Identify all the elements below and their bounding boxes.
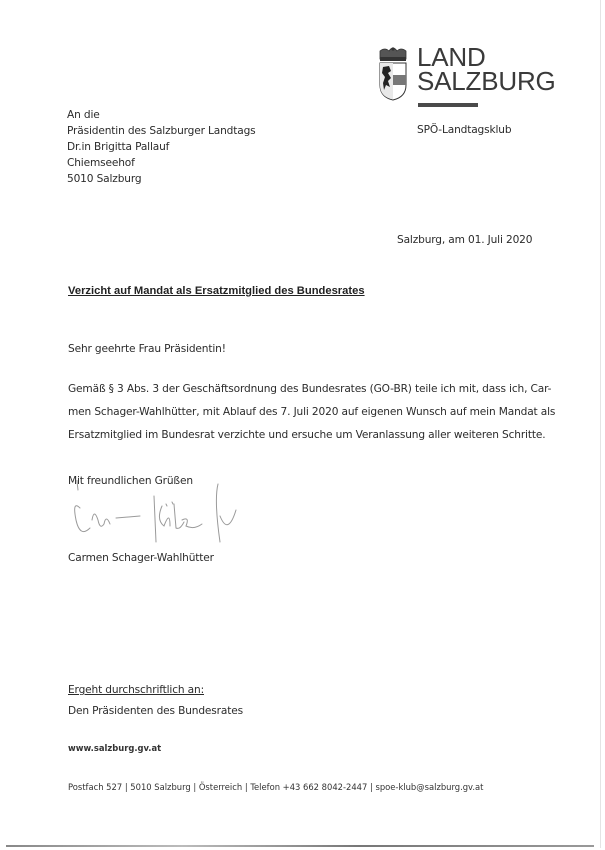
logo-line-2: SALZBURG (417, 69, 556, 93)
scan-edge-right (600, 0, 601, 848)
coat-of-arms-icon (377, 45, 409, 101)
letter-body: Gemäß § 3 Abs. 3 der Geschäftsordnung de… (68, 378, 555, 447)
salutation: Sehr geehrte Frau Präsidentin! (68, 342, 226, 357)
signature-icon (70, 480, 290, 550)
address-line: Chiemseehof (67, 156, 256, 172)
address-line: An die (67, 108, 256, 124)
letter-date: Salzburg, am 01. Juli 2020 (397, 233, 532, 248)
cc-label: Ergeht durchschriftlich an: (68, 683, 204, 698)
sender-organization: SPÖ-Landtagsklub (417, 123, 511, 138)
address-line: Präsidentin des Salzburger Landtags (67, 124, 256, 140)
body-line: Ersatzmitglied im Bundesrat verzichte un… (68, 424, 555, 447)
logo-underline (418, 103, 478, 107)
recipient-address: An die Präsidentin des Salzburger Landta… (67, 108, 256, 188)
letter-page: LAND SALZBURG SPÖ-Landtagsklub An die Pr… (0, 0, 605, 850)
scan-edge-line (6, 845, 594, 847)
address-line: Dr.in Brigitta Pallauf (67, 140, 256, 156)
signer-name: Carmen Schager-Wahlhütter (68, 551, 214, 566)
cc-recipient: Den Präsidenten des Bundesrates (68, 704, 243, 719)
website-link[interactable]: www.salzburg.gv.at (68, 743, 161, 753)
letter-subject: Verzicht auf Mandat als Ersatzmitglied d… (68, 285, 365, 297)
body-line: Gemäß § 3 Abs. 3 der Geschäftsordnung de… (68, 378, 555, 401)
body-line: men Schager-Wahlhütter, mit Ablauf des 7… (68, 401, 555, 424)
logo-wordmark: LAND SALZBURG (417, 45, 556, 93)
footer-contact: Postfach 527 | 5010 Salzburg | Österreic… (68, 782, 483, 792)
address-line: 5010 Salzburg (67, 172, 256, 188)
